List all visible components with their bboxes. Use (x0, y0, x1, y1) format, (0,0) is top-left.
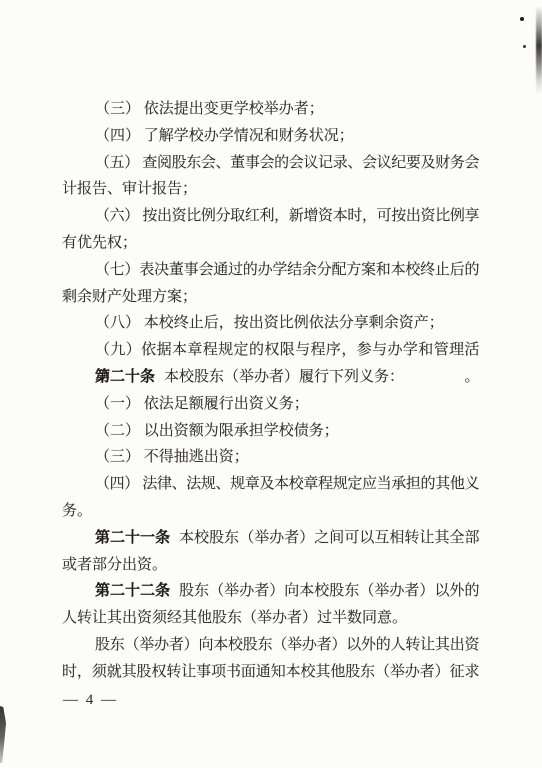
line-text: （三） 不得抽逃出资； (95, 449, 249, 465)
document-body: （三） 依法提出变更学校举办者； （四） 了解学校办学情况和财务状况； （五） … (62, 96, 479, 686)
line-text: 务。 (62, 503, 92, 519)
line-text: （三） 依法提出变更学校举办者； (95, 101, 324, 117)
doc-line: 股东（举办者）向本校股东（举办者）以外的人转让其出资 (62, 632, 479, 659)
doc-line: 剩余财产处理方案； (62, 284, 479, 311)
doc-line: （六） 按出资比例分取红利，新增资本时，可按出资比例享 (62, 203, 479, 230)
doc-line: （五） 查阅股东会、董事会的会议记录、会议纪要及财务会 (62, 150, 479, 177)
line-text: 时，须就其股权转让事项书面通知本校其他股东（举办者）征求 (62, 664, 479, 680)
doc-line-article-22: 第二十二条股东（举办者）向本校股东（举办者）以外的 (62, 578, 479, 605)
line-text: （二） 以出资额为限承担学校债务； (95, 423, 339, 439)
doc-line: （三） 不得抽逃出资； (62, 444, 479, 471)
line-text: 人转让其出资须经其他股东（举办者）过半数同意。 (62, 610, 407, 626)
doc-line: 时，须就其股权转让事项书面通知本校其他股东（举办者）征求 (62, 659, 479, 686)
line-text: （四） 了解学校办学情况和财务状况； (95, 128, 354, 144)
doc-line: （四） 了解学校办学情况和财务状况； (62, 123, 479, 150)
doc-line: （二） 以出资额为限承担学校债务； (62, 418, 479, 445)
line-text: 计报告、审计报告； (62, 181, 197, 197)
doc-line: 有优先权； (62, 230, 479, 257)
doc-line: （一） 依法足额履行出资义务； (62, 391, 479, 418)
doc-line: （九）依据本章程规定的权限与程序，参与办学和管理活动。 (62, 337, 479, 364)
scan-streak-left-edge (0, 706, 6, 763)
doc-line: 计报告、审计报告； (62, 176, 479, 203)
line-text: 本校股东（举办者）履行下列义务： (164, 369, 404, 385)
line-text: 有优先权； (62, 235, 137, 251)
line-text: （四） 法律、法规、规章及本校章程规定应当承担的其他义 (95, 476, 479, 492)
line-text: 剩余财产处理方案； (62, 289, 197, 305)
doc-line: （七）表决董事会通过的办学结余分配方案和本校终止后的 (62, 257, 479, 284)
article-number-bold: 第二十一条 (95, 530, 170, 546)
page-number: — 4 — (63, 692, 118, 709)
article-number-bold: 第二十二条 (95, 583, 170, 599)
scanned-document-page: （三） 依法提出变更学校举办者； （四） 了解学校办学情况和财务状况； （五） … (0, 0, 542, 768)
doc-line-article-21: 第二十一条本校股东（举办者）之间可以互相转让其全部 (62, 525, 479, 552)
line-text: （一） 依法足额履行出资义务； (95, 396, 309, 412)
line-text: 或者部分出资。 (62, 557, 167, 573)
doc-line: （三） 依法提出变更学校举办者； (62, 96, 479, 123)
line-text: （七）表决董事会通过的办学结余分配方案和本校终止后的 (95, 262, 479, 278)
ink-dot (520, 17, 524, 21)
line-text: 股东（举办者）向本校股东（举办者）以外的 (179, 583, 479, 599)
doc-line: 或者部分出资。 (62, 552, 479, 579)
doc-line: （四） 法律、法规、规章及本校章程规定应当承担的其他义 (62, 471, 479, 498)
line-text: （五） 查阅股东会、董事会的会议记录、会议纪要及财务会 (95, 155, 479, 171)
line-text: 股东（举办者）向本校股东（举办者）以外的人转让其出资 (95, 637, 479, 653)
line-text: （八） 本校终止后，按出资比例依法分享剩余资产； (95, 315, 444, 331)
doc-line: 人转让其出资须经其他股东（举办者）过半数同意。 (62, 605, 479, 632)
article-number-bold: 第二十条 (95, 369, 155, 385)
doc-line: 务。 (62, 498, 479, 525)
ink-dot (523, 45, 526, 48)
line-text: 本校股东（举办者）之间可以互相转让其全部 (179, 530, 479, 546)
scan-streak-right-edge (536, 6, 542, 94)
line-text: （六） 按出资比例分取红利，新增资本时，可按出资比例享 (95, 208, 479, 224)
doc-line: （八） 本校终止后，按出资比例依法分享剩余资产； (62, 310, 479, 337)
